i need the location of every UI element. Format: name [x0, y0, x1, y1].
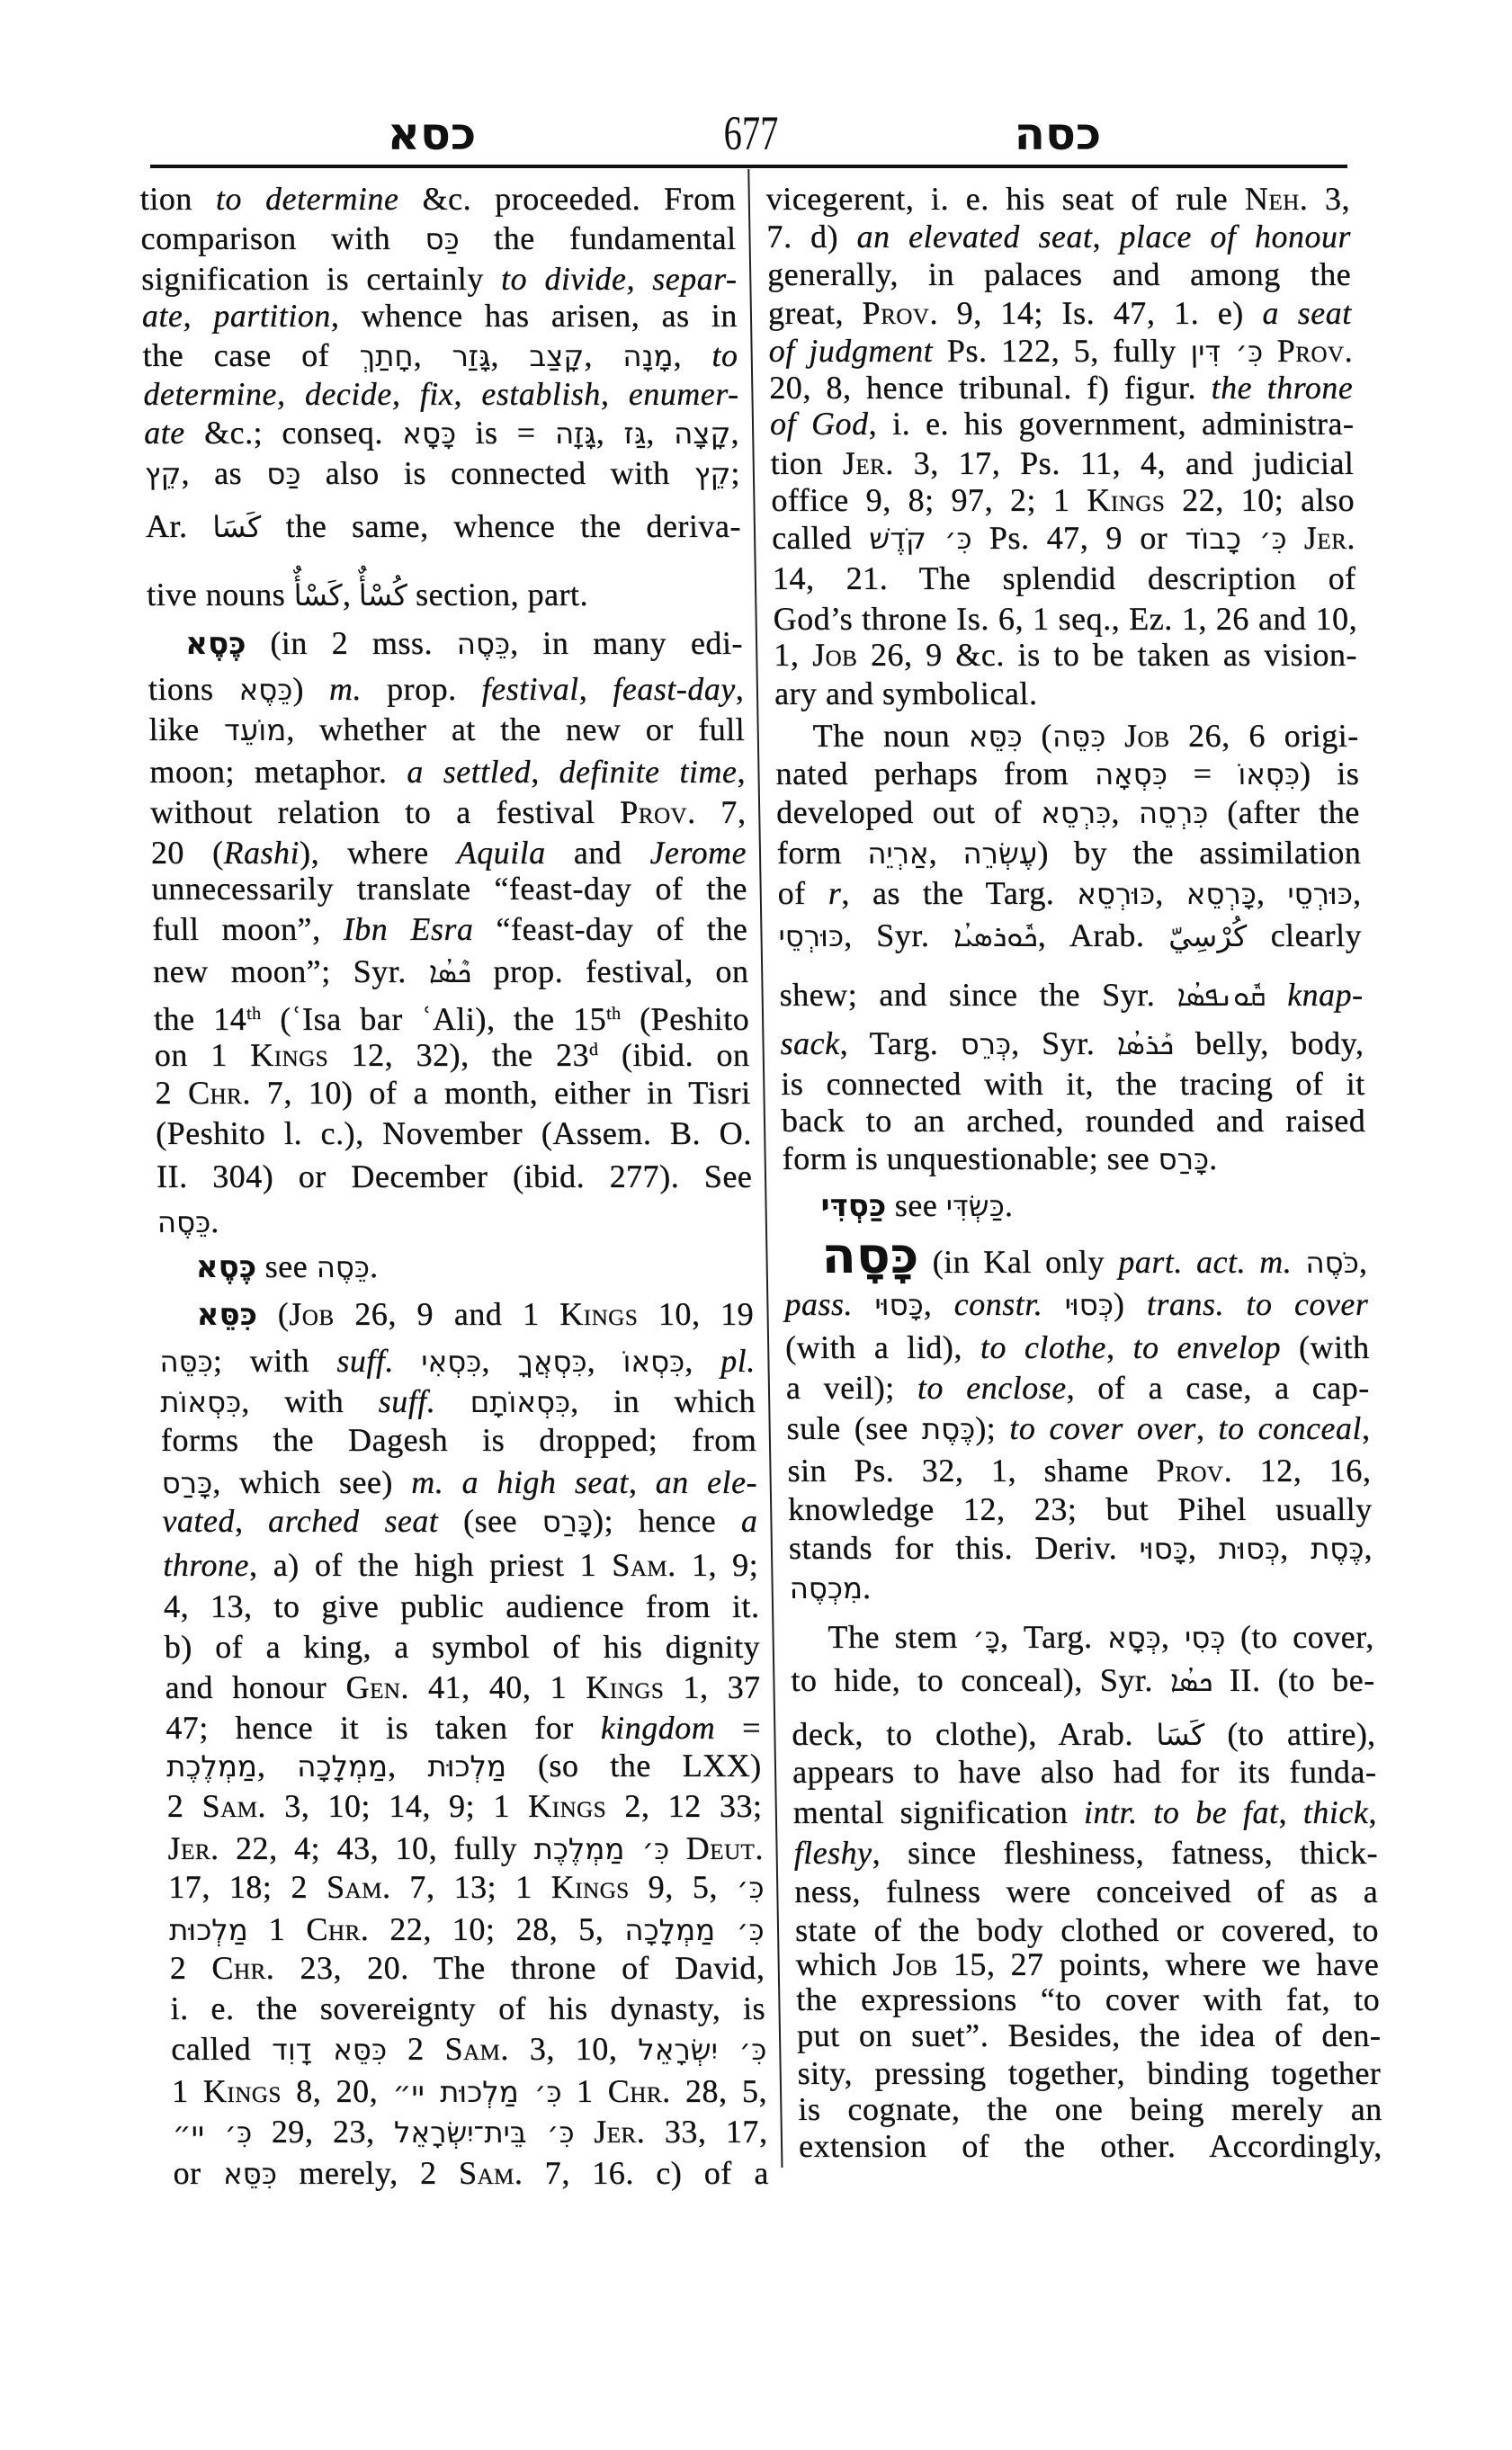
foreign-script-word: כִּסְאוֹתָם	[470, 1385, 570, 1419]
italic-text: suff.	[336, 1343, 394, 1379]
italic-text: a settled	[407, 754, 532, 790]
text-line: ate, partition, whence has arisen, as in	[142, 296, 738, 335]
text-line: מַלְכוּת 1 Chr. 22, 10; 28, 5, כִּ׳ מַמְ…	[169, 1909, 765, 1949]
text-line: extension of the other. Accordingly,	[799, 2126, 1383, 2166]
text-line: sity, pressing together, binding togethe…	[797, 2053, 1382, 2093]
foreign-script-word: גָּזָה	[555, 416, 596, 451]
foreign-script-word: כָּ׳	[972, 1621, 1000, 1655]
text-line: כָּסָה (in Kal only part. act. m. כֹּסֶה…	[783, 1242, 1368, 1282]
book-reference: Job	[289, 1296, 335, 1332]
italic-text: vated	[162, 1503, 235, 1539]
italic-text: to	[711, 337, 738, 373]
italic-text: a	[741, 1503, 758, 1539]
text-line: vicegerent, i. e. his seat of rule Neh. …	[765, 179, 1350, 219]
headword: כַּסְדִּי	[820, 1188, 886, 1224]
italic-text: throne	[163, 1547, 249, 1583]
text-line: The noun כִּסֵּא (כִּסֵּה Job 26, 6 orig…	[774, 716, 1359, 756]
text-line: forms the Dagesh is dropped; from	[161, 1420, 757, 1460]
foreign-script-word: כְּסָא	[1107, 1621, 1161, 1655]
foreign-script-word: כִּסֵּא	[223, 2157, 277, 2191]
text-line: מִכְסֶה.	[789, 1568, 1373, 1607]
foreign-script-word: כּוּרְסֵא	[1077, 877, 1156, 911]
foreign-script-word: קֵץ	[145, 457, 182, 491]
foreign-script-word: מוֹעֵד	[224, 713, 287, 747]
text-line: ness, fulness were conceived of as a	[794, 1872, 1379, 1911]
italic-text: m.	[329, 671, 362, 707]
text-line: 1 Kings 8, 20, כִּ׳ מַלְכוּת יי״ 1 Chr. …	[172, 2071, 768, 2111]
text-line: 20, 8, hence tribunal. f) figur. the thr…	[769, 368, 1354, 407]
italic-text: r	[828, 875, 841, 911]
text-line: 7. d) an elevated seat, place of honour	[766, 217, 1351, 256]
book-reference: Kings	[586, 1669, 665, 1705]
foreign-script-word: כִּסְאוֹ	[622, 1345, 684, 1379]
book-reference: Sam.	[612, 1547, 676, 1583]
book-reference: Job	[1124, 718, 1170, 754]
text-line: sule (see כֶּסֶת); to cover over, to con…	[786, 1408, 1371, 1448]
italic-text: constr.	[953, 1286, 1042, 1322]
text-line: the expressions “to cover with fat, to	[796, 1980, 1381, 2019]
headword: כֶּסֶא	[195, 1249, 256, 1285]
italic-text: ate	[144, 415, 185, 451]
text-line: knowledge 12, 23; but Pihel usually	[788, 1489, 1373, 1529]
text-line: comparison with כַּס the fundamental	[140, 219, 737, 258]
text-line: of r, as the Targ. כּוּרְסֵא, כָּרְסֵא, …	[777, 873, 1362, 913]
text-line: a veil); to enclose, of a case, a cap-	[786, 1368, 1371, 1408]
foreign-script-word: חָתַךְ	[359, 339, 413, 373]
text-line: מַמְלֶכֶת, מַמְלָכָה, מַלְכוּת (so the L…	[166, 1746, 763, 1785]
foreign-script-word: כְּסִי	[1185, 1621, 1226, 1655]
book-reference: Neh.	[1245, 181, 1309, 217]
italic-text: definite time	[559, 754, 738, 790]
foreign-script-word: כֵּסֶא	[238, 673, 292, 707]
foreign-script-word: כֵּסֶה	[456, 627, 510, 661]
foreign-script-word: כִּסְאָה	[1095, 757, 1168, 791]
foreign-script-word: כֵּסֶה	[157, 1205, 211, 1239]
book-reference: Jer.	[167, 1830, 219, 1866]
italic-text: to cover over	[1009, 1410, 1196, 1446]
text-line: and honour Gen. 41, 40, 1 Kings 1, 37	[165, 1668, 761, 1707]
book-reference: Sam.	[201, 1788, 266, 1824]
text-line: vated, arched seat (see כָּרַס); hence a	[162, 1501, 758, 1541]
foreign-script-word: כֶּסֶת	[1311, 1532, 1364, 1566]
book-reference: Job	[812, 637, 858, 673]
book-reference: Kings	[550, 1869, 630, 1905]
italic-text: to enclose	[917, 1370, 1067, 1406]
foreign-script-word: כִּסֵּא	[969, 720, 1023, 754]
text-line: 2 Sam. 3, 10; 14, 9; 1 Kings 2, 12 33;	[166, 1786, 763, 1826]
text-line: tive nouns كَسْأٌ, كُسْأٌ section, part.	[147, 575, 743, 614]
text-line: sack, Targ. כְּרֵס, Syr. ܟܰܪܣܳܐ belly, b…	[780, 1024, 1364, 1063]
foreign-script-word: כַּשְׂדִּי	[945, 1189, 1005, 1223]
foreign-script-word: כִּסֵּא דָוִד	[272, 2033, 387, 2067]
text-line: shew; and since the Syr. ܩܽܘܢܦܣܳܐ knap-	[779, 975, 1364, 1015]
text-line: deck, to clothe), Arab. كَسَا (to attire…	[792, 1714, 1376, 1754]
italic-text: to determine	[216, 181, 399, 217]
text-line: nated perhaps from כִּסְאָה = כִּסְאוֹ) …	[775, 754, 1360, 793]
text-line: כָּרַס, which see) m. a high seat, an el…	[161, 1462, 757, 1502]
foreign-script-word: كُرْسِيّ	[1168, 919, 1248, 953]
italic-text: pass.	[784, 1286, 853, 1322]
foreign-script-word: כּוּרְסֵי	[778, 919, 844, 953]
foreign-script-word: מַמְלָכָה	[297, 1749, 388, 1784]
text-line: to hide, to conceal), Syr. ܟܣܳܐ II. (to …	[791, 1660, 1375, 1700]
foreign-script-word: كَسْأٌ	[293, 578, 343, 612]
text-line: כִּסֵּא (Job 26, 9 and 1 Kings 10, 19	[158, 1294, 755, 1334]
italic-text: kingdom	[600, 1710, 715, 1746]
text-line: put on suet”. Besides, the idea of den-	[797, 2016, 1382, 2055]
book-reference: Gen.	[345, 1669, 409, 1705]
text-line: God’s throne Is. 6, 1 seq., Ez. 1, 26 an…	[773, 599, 1357, 639]
foreign-script-word: קָצָה	[674, 416, 731, 451]
foreign-script-word: כּוּרְסֵי	[1287, 877, 1353, 911]
foreign-script-word: כֵּסֶה	[316, 1250, 370, 1284]
book-reference: Deut.	[685, 1830, 764, 1866]
foreign-script-word: כִּסְאוֹת	[160, 1385, 242, 1419]
foreign-script-word: כִּסְאִי	[421, 1345, 482, 1379]
foreign-script-word: מָנָה	[622, 339, 674, 373]
italic-text: fleshy	[793, 1835, 872, 1871]
foreign-script-word: כָּסוּי	[1139, 1532, 1188, 1566]
text-line: קֵץ, as כַּס also is connected with קֵץ;	[145, 453, 741, 493]
italic-text: trans. to cover	[1147, 1286, 1369, 1322]
foreign-script-word: כָּרְסֵא	[1185, 877, 1257, 911]
headword-root: כָּסָה	[821, 1227, 919, 1285]
foreign-script-word: כִּ׳ יי״	[173, 2115, 253, 2150]
foreign-script-word: אַרְיֵה	[867, 836, 929, 871]
italic-text: festival	[481, 671, 579, 707]
foreign-script-word: כְּרֵס	[960, 1027, 1011, 1061]
foreign-script-word: כְּסוּי	[1064, 1288, 1114, 1322]
text-line: ary and symbolical.	[774, 674, 1359, 713]
text-line: tions כֵּסֶא) m. prop. festival, feast-d…	[148, 669, 745, 709]
italic-text: suff.	[378, 1383, 435, 1419]
text-line: signification is certainly to divide, se…	[141, 259, 738, 299]
italic-text: a seat	[1262, 295, 1352, 331]
italic-text: an ele-	[655, 1464, 757, 1500]
foreign-script-word: ܟܣܳܐ	[1170, 1664, 1213, 1698]
book-reference: Chr.	[607, 2073, 670, 2109]
text-line: great, Prov. 9, 14; Is. 47, 1. e) a seat	[768, 293, 1353, 333]
text-line: כֶּסֶא (in 2 mss. כֵּסֶה, in many edi-	[148, 623, 744, 663]
foreign-script-word: כַּס	[266, 457, 301, 491]
book-reference: Prov.	[862, 295, 938, 331]
ordinal-suffix: d	[589, 1040, 599, 1060]
foreign-script-word: קָצַב	[529, 339, 585, 373]
foreign-script-word: מַלְכוּת	[427, 1749, 506, 1784]
foreign-script-word: כִּ׳ בֵּית־יִשְׂרָאֵל	[394, 2115, 575, 2150]
text-line: is cognate, the one being merely an	[798, 2089, 1382, 2129]
italic-text: of God	[770, 406, 869, 442]
foreign-script-word: כִּ׳ כָבוֹד	[1185, 522, 1287, 556]
text-line: called כִּסֵּא דָוִד 2 Sam. 3, 10, כִּ׳ …	[171, 2029, 767, 2069]
text-line: 1, Job 26, 9 &c. is to be taken as visio…	[774, 635, 1358, 675]
foreign-script-word: כָּרַס	[161, 1466, 212, 1500]
foreign-script-word: מִכְסֶה	[789, 1571, 863, 1605]
foreign-script-word: כָּרַס	[541, 1505, 593, 1539]
foreign-script-word: כָּסוּי	[874, 1288, 924, 1322]
text-line: generally, in palaces and among the	[767, 255, 1352, 294]
text-line: כֶּסֶא see כֵּסֶה.	[157, 1247, 754, 1286]
text-line: 20 (Rashi), where Aquila and Jerome	[151, 833, 747, 872]
italic-text: arched seat	[268, 1503, 439, 1539]
headword: כֶּסֶא	[185, 626, 246, 662]
text-line: appears to have also had for its funda-	[792, 1752, 1377, 1792]
italic-text: part. act. m.	[1118, 1244, 1293, 1280]
italic-text: place of honour	[1119, 219, 1351, 255]
text-line: of judgment Ps. 122, 5, fully כִּ׳ דִּין…	[768, 331, 1353, 371]
text-line: כֵּסֶה.	[157, 1202, 753, 1241]
foreign-script-word: כִּסֵּה	[1052, 720, 1106, 754]
text-line: office 9, 8; 97, 2; 1 Kings 22, 10; also	[771, 480, 1355, 520]
foreign-script-word: כִּ׳ מַמְלָכָה	[624, 1913, 765, 1947]
text-line: determine, decide, fix, establish, enume…	[143, 374, 739, 414]
text-line: moon; metaphor. a settled, definite time…	[149, 752, 746, 791]
text-line: on 1 Kings 12, 32), the 23d (ibid. on	[154, 1035, 750, 1075]
foreign-script-word: מַלְכוּת	[169, 1913, 248, 1947]
foreign-script-word: קֵץ	[694, 457, 731, 491]
text-line: 47; hence it is taken for kingdom =	[166, 1708, 762, 1748]
book-reference: Kings	[1087, 482, 1166, 518]
italic-text: feast-day	[613, 671, 736, 707]
foreign-script-word: כִּ׳ יִשְׂרָאֵל	[638, 2033, 767, 2067]
foreign-script-word: כִּ׳ קֹדֶשׁ	[869, 522, 972, 556]
text-line: כַּסְדִּי see כַּשְׂדִּי.	[783, 1185, 1367, 1225]
text-line: or כִּסֵּא merely, 2 Sam. 7, 16. c) of a	[173, 2153, 769, 2193]
book-reference: Prov.	[620, 794, 696, 830]
text-line: b) of a king, a symbol of his dignity	[164, 1627, 760, 1667]
book-reference: Jer.	[594, 2114, 646, 2150]
italic-text: to divide, separ-	[501, 261, 738, 297]
book-reference: Chr.	[306, 1911, 369, 1947]
text-line: which Job 15, 27 points, where we have	[795, 1945, 1380, 1984]
italic-text: an elevated seat	[856, 219, 1093, 255]
foreign-script-word: כֹּסֶה	[1305, 1246, 1359, 1280]
text-line: sin Ps. 32, 1, shame Prov. 12, 16,	[787, 1451, 1372, 1490]
text-line: form is unquestionable; see כָּרַס.	[782, 1139, 1366, 1178]
italic-text: determine, decide, fix, establish, enume…	[143, 376, 739, 412]
text-line: of God, i. e. his government, administra…	[770, 404, 1355, 443]
book-reference: Sam.	[459, 2155, 523, 2191]
text-line: new moon”; Syr. ܟܶܣܳܐ prop. festival, on	[153, 952, 749, 991]
ordinal-suffix: th	[606, 1004, 622, 1024]
book-reference: Sam.	[444, 2031, 509, 2067]
text-line: כִּ׳ יי״ 29, 23, כִּ׳ בֵּית־יִשְׂרָאֵל J…	[172, 2112, 768, 2151]
text-line: The stem כָּ׳, Targ. כְּסָא, כְּסִי (to …	[790, 1617, 1374, 1657]
ordinal-suffix: th	[246, 1004, 262, 1024]
italic-text: ate, partition	[142, 298, 332, 334]
italic-text: thick	[1302, 1794, 1368, 1830]
text-line: Jer. 22, 4; 43, 10, fully כִּ׳ מַמְלֶכֶת…	[167, 1829, 764, 1868]
italic-text: to clothe	[980, 1329, 1107, 1365]
text-line: is connected with it, the tracing of it	[781, 1064, 1365, 1104]
book-reference: Prov.	[1276, 333, 1353, 369]
book-reference: Jer.	[842, 445, 894, 481]
foreign-script-word: כֶּסֶת	[921, 1412, 975, 1446]
foreign-script-word: גַּז	[623, 416, 646, 451]
italic-text: Rashi	[223, 835, 300, 871]
text-line: 2 Chr. 23, 20. The throne of David,	[169, 1948, 765, 1988]
headword: כִּסֵּא	[196, 1297, 257, 1333]
foreign-script-word: כִּ׳ מַמְלֶכֶת	[533, 1832, 669, 1866]
foreign-script-word: ܟܰܪܣܳܐ	[1116, 1027, 1174, 1061]
foreign-script-word: כָּסָא	[402, 416, 456, 451]
text-line: tion Jer. 3, 17, Ps. 11, 4, and judicial	[770, 443, 1355, 483]
text-line: 4, 13, to give public audience from it.	[164, 1587, 760, 1626]
foreign-script-word: כִּסְאוֹ	[1238, 757, 1300, 791]
book-reference: Kings	[559, 1296, 639, 1332]
text-line: called כִּ׳ קֹדֶשׁ Ps. 47, 9 or כִּ׳ כָב…	[772, 518, 1356, 558]
italic-text: the throne	[1211, 370, 1353, 406]
foreign-script-word: ܟܶܣܳܐ	[428, 955, 471, 989]
text-line: II. 304) or December (ibid. 277). See	[157, 1157, 753, 1196]
text-line: without relation to a festival Prov. 7,	[150, 792, 747, 832]
text-line: fleshy, since fleshiness, fatness, thick…	[793, 1833, 1378, 1873]
text-line: mental signification intr. to be fat, th…	[792, 1793, 1377, 1832]
italic-text: Ibn Esra	[343, 911, 473, 947]
italic-text: Jerome	[649, 835, 747, 871]
foreign-script-word: كَسَا	[1156, 1718, 1205, 1752]
text-line: throne, a) of the high priest 1 Sam. 1, …	[163, 1545, 759, 1585]
foreign-script-word: כִּסֵּה	[159, 1345, 213, 1379]
italic-text: sack	[780, 1025, 840, 1061]
book-reference: Chr.	[211, 1950, 274, 1986]
book-reference: Job	[892, 1946, 938, 1982]
text-line: the case of חָתַךְ, גָּזַר, קָצַב, מָנָה…	[142, 335, 738, 375]
italic-text: knap-	[1287, 977, 1364, 1013]
foreign-script-word: כְּסוּת	[1218, 1532, 1280, 1566]
foreign-script-word: כִּ׳	[737, 1871, 765, 1905]
italic-text: intr. to be fat	[1084, 1794, 1279, 1830]
text-line: (with a lid), to clothe, to envelop (wit…	[785, 1328, 1370, 1367]
foreign-script-word: كُسْأٌ	[359, 578, 408, 612]
foreign-script-word: כִּ׳ מַלְכוּת יי״	[392, 2075, 562, 2109]
italic-text: pl.	[720, 1343, 756, 1379]
text-line: Ar. كَسَا the same, whence the deriva-	[146, 506, 742, 546]
text-line: 14, 21. The splendid description of	[773, 559, 1357, 598]
text-line: (Peshito l. c.), November (Assem. B. O.	[156, 1113, 752, 1153]
text-line: stands for this. Deriv. כָּסוּי, כְּסוּת…	[789, 1528, 1373, 1568]
foreign-script-word: כָּרַס	[1158, 1142, 1209, 1176]
text-line: pass. כָּסוּי, constr. כְּסוּי) trans. t…	[784, 1284, 1369, 1324]
foreign-script-word: כַּס	[425, 222, 460, 256]
text-line: developed out of כִּרְסֵא, כִּרְסֵה (aft…	[776, 792, 1361, 832]
text-line: 2 Chr. 7, 10) of a month, either in Tisr…	[155, 1073, 751, 1113]
text-line: כּוּרְסֵי, Syr. ܟܽܘܪܣܝܳܐ, Arab. كُرْسِيّ…	[778, 916, 1363, 955]
foreign-script-word: ܟܽܘܪܣܝܳܐ	[953, 919, 1038, 953]
dictionary-page: כסא 677 כסה tion to determine &c. procee…	[0, 0, 1512, 2450]
italic-text: Aquila	[456, 835, 546, 871]
foreign-script-word: כִּ׳ דִּין	[1190, 335, 1263, 369]
italic-text: m. a high seat	[411, 1464, 629, 1500]
book-reference: Kings	[250, 1037, 329, 1073]
foreign-script-word: כִּרְסֵא	[1041, 796, 1112, 830]
two-column-body: tion to determine &c. proceeded. Fromcom…	[0, 0, 1512, 2450]
text-line: ate &c.; conseq. כָּסָא is = גָּזָה, גַּ…	[144, 413, 740, 452]
text-line: tion to determine &c. proceeded. From	[139, 179, 736, 219]
foreign-script-word: ܩܽܘܢܦܣܳܐ	[1176, 979, 1266, 1013]
book-reference: Sam.	[327, 1869, 391, 1905]
foreign-script-word: כִּסְאֲךָ	[517, 1345, 587, 1379]
foreign-script-word: كَسَا	[212, 510, 262, 544]
text-line: כִּסְאוֹת, with suff. כִּסְאוֹתָם, in wh…	[160, 1381, 756, 1421]
italic-text: to conceal	[1218, 1410, 1362, 1446]
book-reference: Kings	[528, 1788, 607, 1824]
foreign-script-word: כִּרְסֵה	[1138, 796, 1208, 830]
text-line: i. e. the sovereignty of his dynasty, is	[170, 1989, 766, 2028]
text-line: unnecessarily translate “feast-day of th…	[151, 869, 747, 908]
text-line: כִּסֵּה; with suff. כִּסְאִי, כִּסְאֲךָ,…	[159, 1341, 756, 1381]
italic-text: of judgment	[768, 333, 933, 369]
book-reference: Prov.	[1156, 1453, 1232, 1489]
text-line: like מוֹעֵד, whether at the new or full	[148, 710, 745, 749]
italic-text: to envelop	[1132, 1329, 1281, 1365]
book-reference: Jer.	[1304, 520, 1356, 556]
foreign-script-word: גָּזַר	[452, 339, 490, 373]
text-line: form אַרְיֵה, עֶשְׂרֵה) by the assimilat…	[777, 833, 1362, 872]
text-line: 17, 18; 2 Sam. 7, 13; 1 Kings 9, 5, כִּ׳	[168, 1867, 765, 1907]
foreign-script-word: עֶשְׂרֵה	[962, 836, 1038, 871]
book-reference: Chr.	[188, 1075, 251, 1111]
text-line: full moon”, Ibn Esra “feast-day of the	[152, 909, 748, 949]
text-line: the 14th (ʿIsa bar ʿAli), the 15th (Pesh…	[154, 999, 750, 1039]
text-line: back to an arched, rounded and raised	[782, 1101, 1366, 1140]
book-reference: Kings	[203, 2073, 282, 2109]
foreign-script-word: מַמְלֶכֶת	[166, 1749, 257, 1784]
